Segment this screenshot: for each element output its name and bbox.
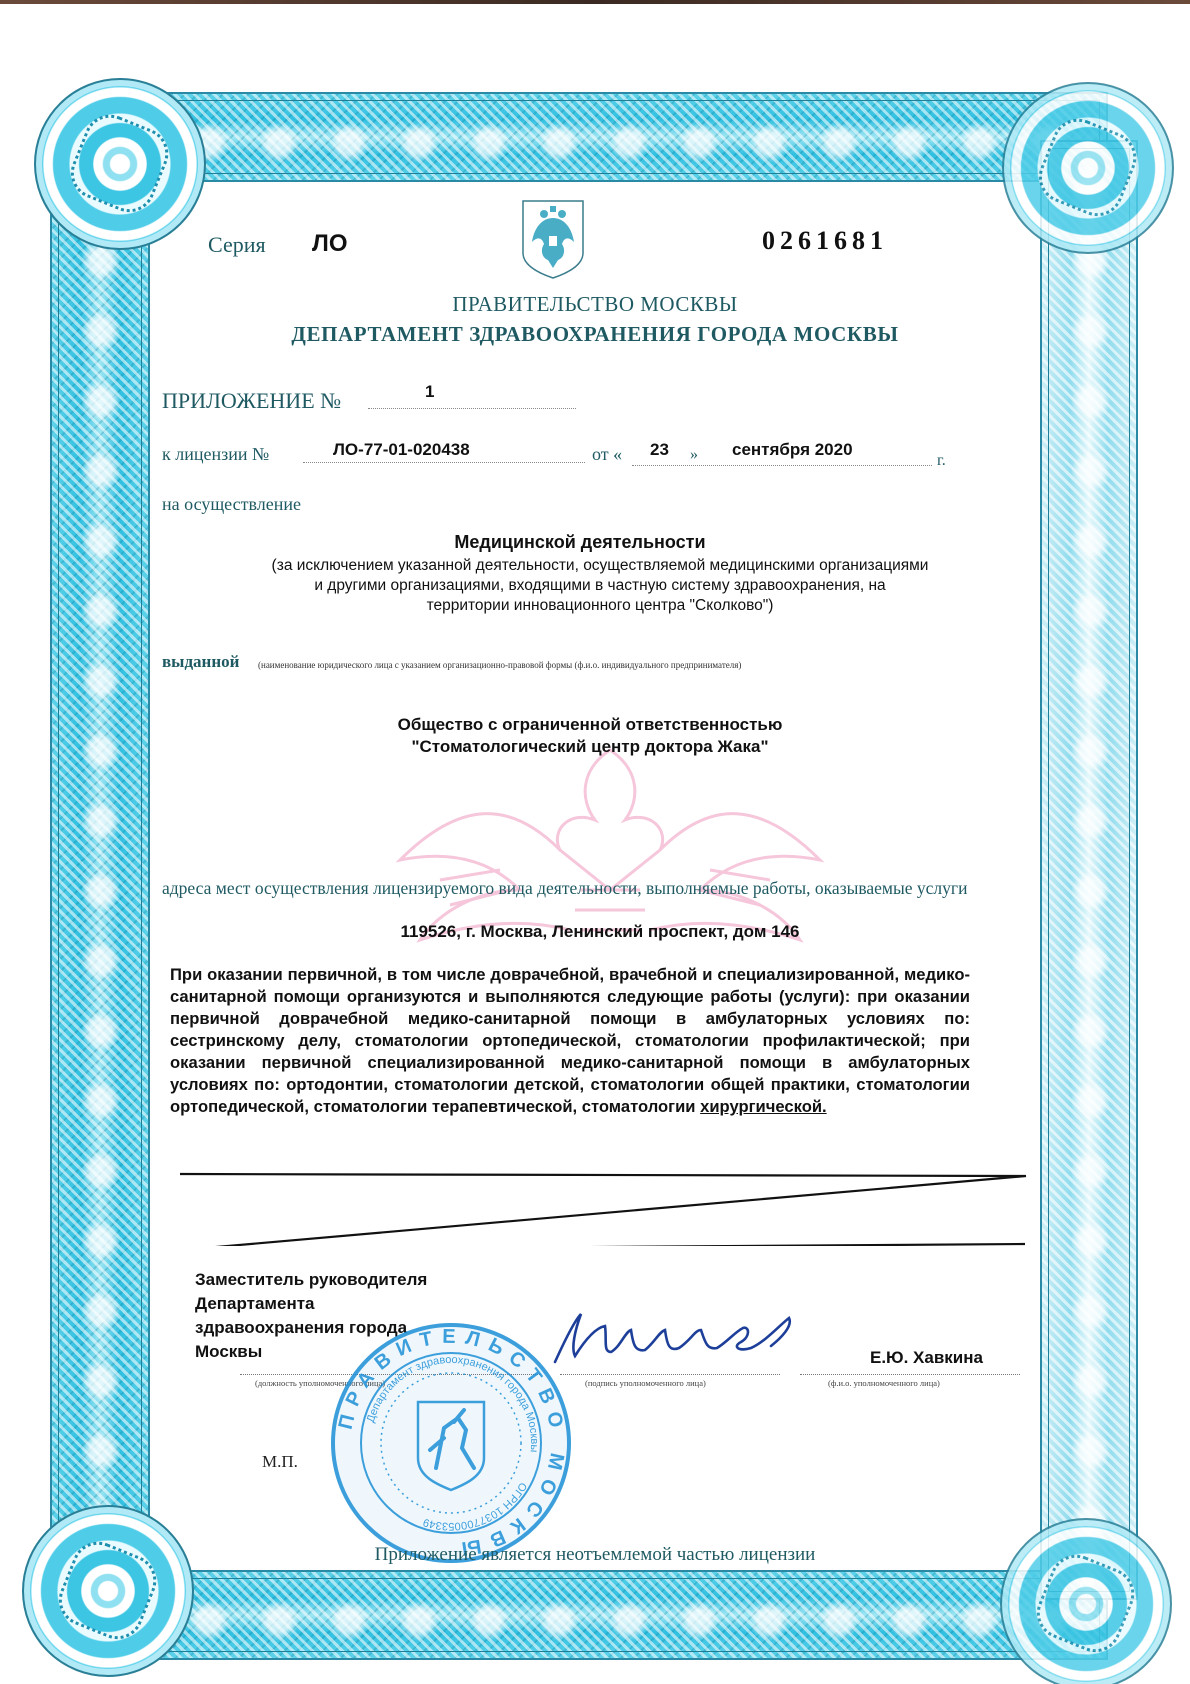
series-value: ЛО	[312, 230, 348, 258]
appendix-label: ПРИЛОЖЕНИЕ №	[162, 388, 341, 414]
license-number-underline	[303, 462, 585, 463]
form-serial-number: 0261681	[762, 226, 888, 256]
footer-note: Приложение является неотъемлемой частью …	[0, 1544, 1190, 1566]
border-bottom-ornament	[88, 1570, 1108, 1660]
signature-hint: (подпись уполномоченного лица)	[585, 1378, 706, 1388]
license-year-suffix: г.	[937, 452, 946, 470]
official-seal-stamp-icon: ПРАВИТЕЛЬСТВО МОСКВЫ Департамент здравоо…	[326, 1318, 576, 1568]
activity-title: Медицинской деятельности	[170, 532, 990, 553]
address-value: 119526, г. Москва, Ленинский проспект, д…	[170, 922, 1030, 942]
scan-edge	[0, 0, 1190, 4]
appendix-number-underline	[368, 408, 576, 409]
license-label: к лицензии №	[162, 444, 269, 465]
works-last-word: хирургической.	[700, 1097, 827, 1116]
russian-coat-of-arms-icon	[520, 198, 586, 280]
series-label: Серия	[208, 232, 266, 258]
activity-note-line: и другими организациями, входящими в час…	[160, 576, 1040, 596]
licensed-works-text: При оказании первичной, в том числе довр…	[170, 964, 970, 1118]
organization-name-line: Общество с ограниченной ответственностью	[170, 714, 1010, 736]
organization-name-line: "Стоматологический центр доктора Жака"	[170, 736, 1010, 758]
name-hint: (ф.и.о. уполномоченного лица)	[828, 1378, 940, 1388]
license-date-underline	[632, 465, 932, 466]
corner-rosette-icon	[1002, 82, 1174, 254]
corner-rosette-icon	[1000, 1518, 1172, 1684]
activity-note: (за исключением указанной деятельности, …	[160, 556, 1040, 616]
corner-rosette-icon	[34, 78, 206, 250]
signatory-position-line: Департамента	[195, 1292, 427, 1316]
signatory-name: Е.Ю. Хавкина	[870, 1348, 983, 1368]
license-date-close-quote: »	[690, 446, 698, 464]
name-underline	[800, 1374, 1020, 1375]
blank-space-cancel-line	[170, 1166, 1030, 1246]
seal-place-label: М.П.	[262, 1452, 298, 1472]
license-number: ЛО-77-01-020438	[333, 440, 470, 460]
license-month-year: сентября 2020	[732, 440, 853, 460]
department-title: ДЕПАРТАМЕНТ ЗДРАВООХРАНЕНИЯ ГОРОДА МОСКВ…	[0, 322, 1110, 347]
issued-to-label: выданной	[162, 652, 239, 672]
works-body: При оказании первичной, в том числе довр…	[170, 965, 970, 1116]
border-right-ornament	[1040, 140, 1138, 1600]
activity-label: на осуществление	[162, 494, 301, 515]
border-left-ornament	[50, 140, 150, 1600]
address-label: адреса мест осуществления лицензируемого…	[162, 877, 1042, 899]
signatory-position-line: Заместитель руководителя	[195, 1268, 427, 1292]
activity-note-line: территории инновационного центра "Сколко…	[160, 596, 1040, 616]
license-date-prefix: от «	[592, 444, 622, 465]
handwritten-signature-icon	[545, 1300, 825, 1370]
corner-rosette-icon	[22, 1505, 194, 1677]
appendix-number: 1	[425, 382, 434, 402]
signature-underline	[560, 1374, 780, 1375]
organization-name: Общество с ограниченной ответственностью…	[170, 714, 1010, 758]
license-day: 23	[650, 440, 669, 460]
border-top-ornament	[88, 92, 1108, 182]
issued-to-hint: (наименование юридического лица с указан…	[258, 660, 741, 670]
activity-note-line: (за исключением указанной деятельности, …	[160, 556, 1040, 576]
government-title: ПРАВИТЕЛЬСТВО МОСКВЫ	[0, 292, 1190, 317]
